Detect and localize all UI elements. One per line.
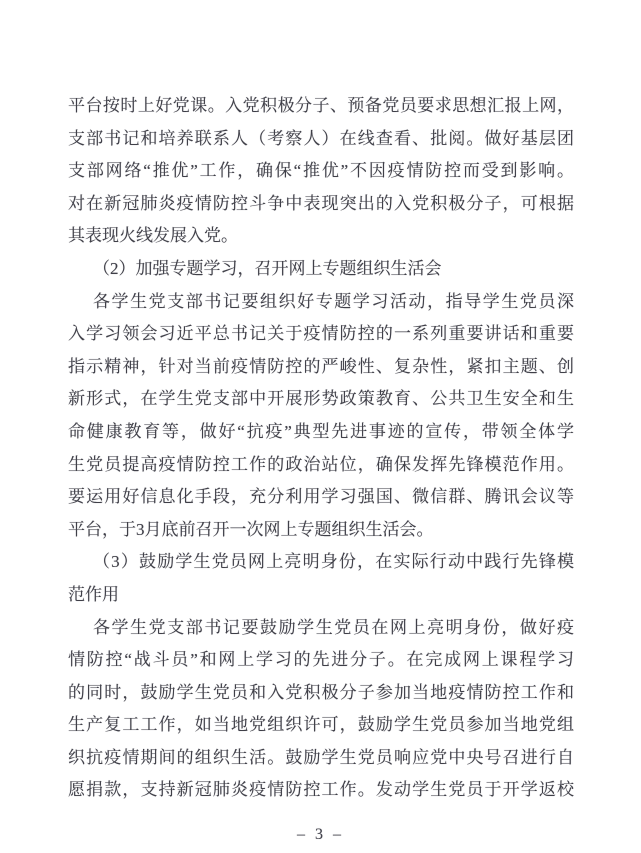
body-line: 情防控“战斗员”和网上学习的先进分子。在完成网上课程学习 — [68, 644, 574, 677]
body-line: 织抗疫情期间的组织生活。鼓励学生党员响应党中央号召进行自 — [68, 742, 574, 775]
page-number: – 3 – — [0, 826, 641, 844]
body-line: 生党员提高疫情防控工作的政治站位，确保发挥先锋模范作用。 — [68, 449, 574, 482]
body-line: 入学习领会习近平总书记关于疫情防控的一系列重要讲话和重要 — [68, 318, 574, 351]
body-line: 要运用好信息化手段，充分利用学习强国、微信群、腾讯会议等 — [68, 481, 574, 514]
document-body: 平台按时上好党课。入党积极分子、预备党员要求思想汇报上网， 支部书记和培养联系人… — [68, 90, 574, 807]
body-line: 的同时，鼓励学生党员和入党积极分子参加当地疫情防控工作和 — [68, 677, 574, 710]
body-line: 平台，于3月底前召开一次网上专题组织生活会。 — [68, 514, 574, 547]
paragraph-first-line: 各学生党支部书记要组织好专题学习活动，指导学生党员深 — [68, 286, 574, 319]
body-line: 命健康教育等，做好“抗疫”典型先进事迹的宣传，带领全体学 — [68, 416, 574, 449]
paragraph-first-line: 各学生党支部书记要鼓励学生党员在网上亮明身份，做好疫 — [68, 612, 574, 645]
body-line: 平台按时上好党课。入党积极分子、预备党员要求思想汇报上网， — [68, 90, 574, 123]
body-line: 对在新冠肺炎疫情防控斗争中表现突出的入党积极分子，可根据 — [68, 188, 574, 221]
section-heading-3-line1: （3）鼓励学生党员网上亮明身份，在实际行动中践行先锋模 — [68, 546, 574, 579]
body-line: 指示精神，针对当前疫情防控的严峻性、复杂性，紧扣主题、创 — [68, 351, 574, 384]
section-heading-3-line2: 范作用 — [68, 579, 574, 612]
body-line: 支部网络“推优”工作，确保“推优”不因疫情防控而受到影响。 — [68, 155, 574, 188]
body-line: 支部书记和培养联系人（考察人）在线查看、批阅。做好基层团 — [68, 123, 574, 156]
body-line: 新形式，在学生党支部中开展形势政策教育、公共卫生安全和生 — [68, 383, 574, 416]
document-page: 平台按时上好党课。入党积极分子、预备党员要求思想汇报上网， 支部书记和培养联系人… — [0, 0, 641, 853]
section-heading-2: （2）加强专题学习，召开网上专题组织生活会 — [68, 253, 574, 286]
body-line: 其表现火线发展入党。 — [68, 220, 574, 253]
body-line: 愿捐款，支持新冠肺炎疫情防控工作。发动学生党员于开学返校 — [68, 774, 574, 807]
body-line: 生产复工工作，如当地党组织许可，鼓励学生党员参加当地党组 — [68, 709, 574, 742]
